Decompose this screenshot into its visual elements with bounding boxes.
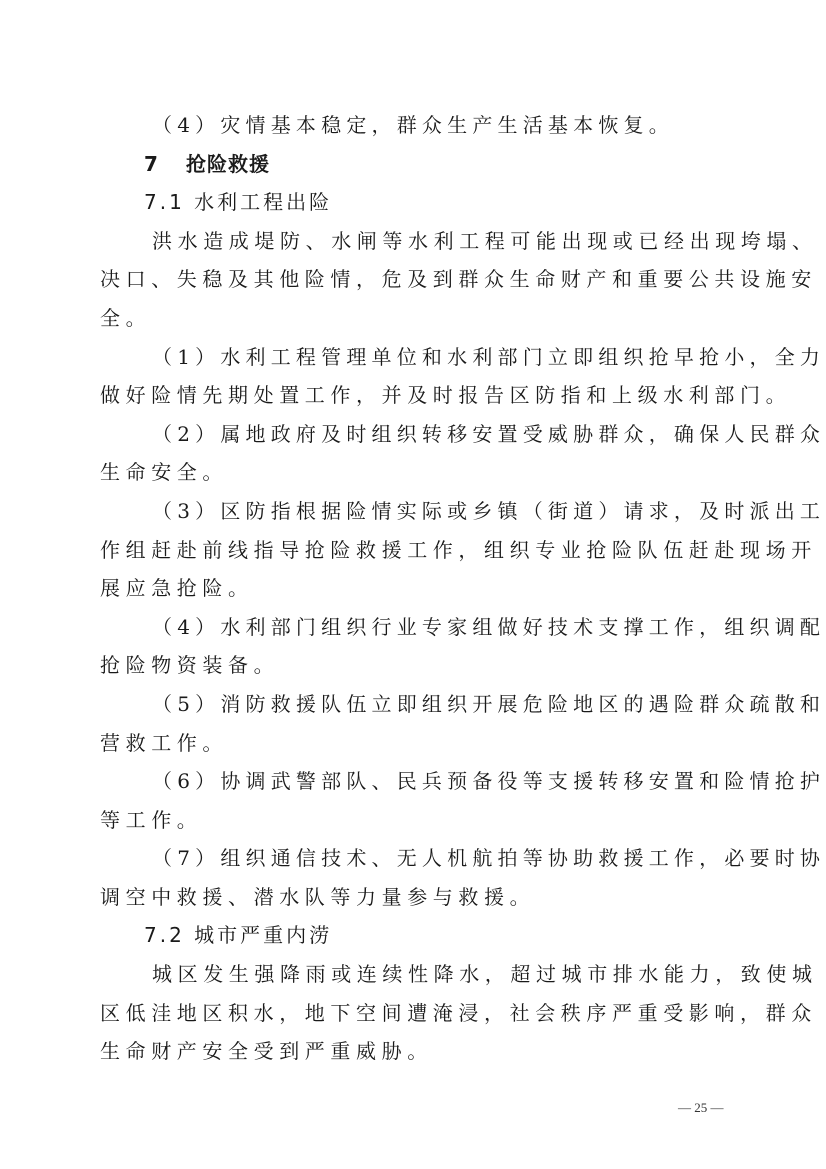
list-item: （7）组织通信技术、无人机航拍等协助救援工作，必要时协 bbox=[100, 839, 730, 878]
paragraph-line: 城区发生强降雨或连续性降水，超过城市排水能力，致使城 bbox=[100, 955, 730, 994]
list-item: （3）区防指根据险情实际或乡镇（街道）请求，及时派出工 bbox=[100, 492, 730, 531]
subsection-heading: 7.1 水利工程出险 bbox=[100, 183, 730, 222]
section-title: 抢险救援 bbox=[186, 152, 270, 176]
document-body: （4）灾情基本稳定，群众生产生活基本恢复。 7抢险救援 7.1 水利工程出险 洪… bbox=[100, 106, 730, 1071]
paragraph-line: 等工作。 bbox=[100, 801, 730, 840]
list-item: （5）消防救援队伍立即组织开展危险地区的遇险群众疏散和 bbox=[100, 685, 730, 724]
list-item: （6）协调武警部队、民兵预备役等支援转移安置和险情抢护 bbox=[100, 762, 730, 801]
list-item: （4）灾情基本稳定，群众生产生活基本恢复。 bbox=[100, 106, 730, 145]
list-item: （1）水利工程管理单位和水利部门立即组织抢早抢小，全力 bbox=[100, 338, 730, 377]
page-number: — 25 — bbox=[678, 1100, 724, 1116]
paragraph-line: 洪水造成堤防、水闸等水利工程可能出现或已经出现垮塌、 bbox=[100, 222, 730, 261]
paragraph-line: 抢险物资装备。 bbox=[100, 646, 730, 685]
paragraph-line: 生命安全。 bbox=[100, 453, 730, 492]
paragraph-line: 营救工作。 bbox=[100, 724, 730, 763]
list-item: （4）水利部门组织行业专家组做好技术支撑工作，组织调配 bbox=[100, 608, 730, 647]
paragraph-line: 生命财产安全受到严重威胁。 bbox=[100, 1032, 730, 1071]
paragraph-line: 做好险情先期处置工作，并及时报告区防指和上级水利部门。 bbox=[100, 376, 730, 415]
section-number: 7 bbox=[144, 145, 186, 184]
list-item: （2）属地政府及时组织转移安置受威胁群众，确保人民群众 bbox=[100, 415, 730, 454]
paragraph-line: 区低洼地区积水，地下空间遭淹浸，社会秩序严重受影响，群众 bbox=[100, 994, 730, 1033]
subsection-heading: 7.2 城市严重内涝 bbox=[100, 916, 730, 955]
paragraph-line: 决口、失稳及其他险情，危及到群众生命财产和重要公共设施安 bbox=[100, 260, 730, 299]
section-heading: 7抢险救援 bbox=[100, 145, 730, 184]
paragraph-line: 展应急抢险。 bbox=[100, 569, 730, 608]
paragraph-line: 全。 bbox=[100, 299, 730, 338]
paragraph-line: 作组赶赴前线指导抢险救援工作，组织专业抢险队伍赶赴现场开 bbox=[100, 531, 730, 570]
paragraph-line: 调空中救援、潜水队等力量参与救援。 bbox=[100, 878, 730, 917]
